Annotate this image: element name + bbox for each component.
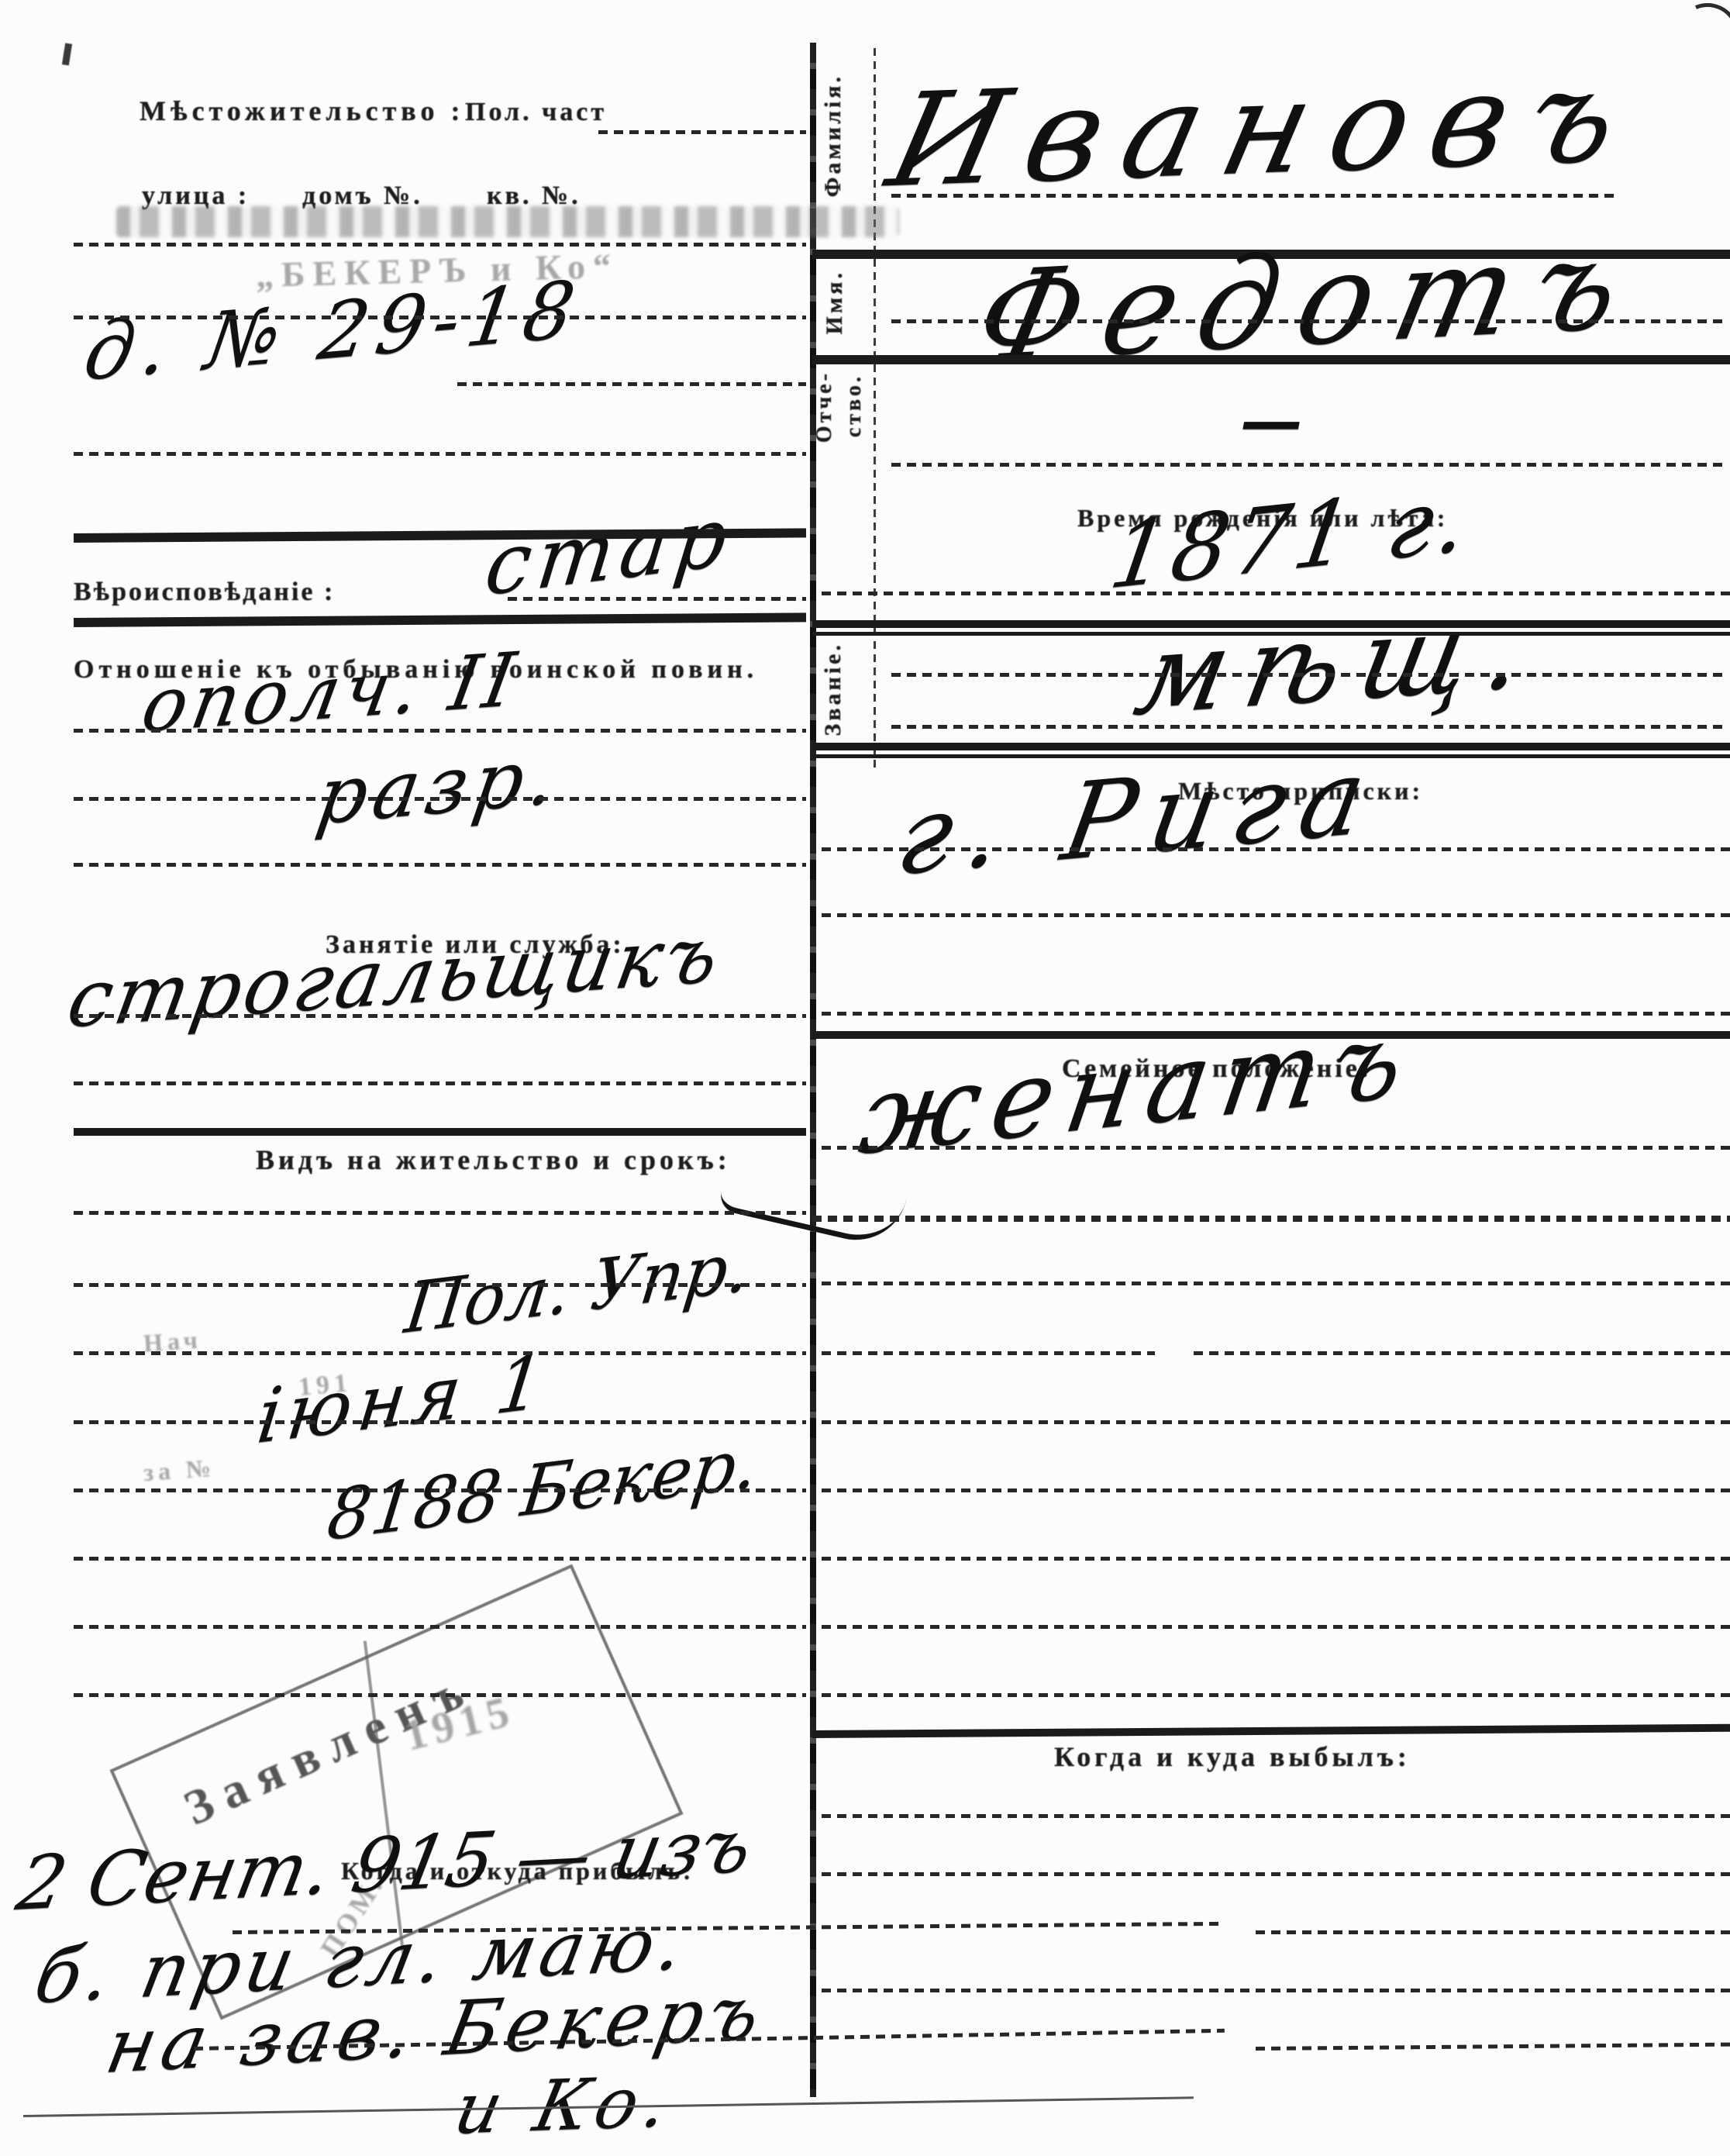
ruled-line	[891, 319, 1728, 323]
faint-stamp-fragment: 191	[297, 1368, 353, 1402]
thick-rule	[812, 355, 1730, 364]
faint-stamp-fragment: за №	[143, 1454, 216, 1487]
ruled-line	[74, 1625, 806, 1629]
ruled-line	[812, 1216, 1730, 1222]
ruled-line	[74, 316, 806, 319]
ruled-line	[74, 863, 806, 867]
ruled-line	[822, 1989, 1730, 1992]
occupation-handwriting: строгальщикъ	[61, 908, 729, 1045]
scan-edge-mark	[62, 43, 72, 65]
patronymic-label: ство.	[842, 374, 867, 437]
ruled-line	[891, 725, 1728, 729]
ruled-line	[74, 1489, 806, 1492]
ruled-line	[457, 382, 806, 386]
ruled-line	[822, 913, 1730, 917]
patronymic-label: Отче-	[812, 371, 837, 443]
military-duty-handwriting-line2: разр.	[311, 730, 568, 843]
column-divider-line	[810, 43, 816, 2097]
ruled-line	[822, 1557, 1730, 1561]
ruled-line	[74, 1693, 806, 1697]
scan-corner-mark	[1666, 0, 1730, 76]
ruled-line	[822, 1872, 1730, 1876]
thick-rule	[74, 1128, 806, 1136]
permit-handwriting-line1: Пол. Упр.	[401, 1226, 754, 1350]
ruled-line	[74, 1283, 806, 1287]
rank-label: Званіе.	[820, 642, 846, 736]
thick-rule	[812, 1724, 1730, 1738]
ruled-line	[891, 194, 1620, 198]
ruled-line	[74, 1557, 806, 1561]
label-divider-line	[874, 48, 876, 768]
ruled-line	[822, 1693, 1730, 1697]
ruled-line	[822, 847, 1730, 851]
birth-time-handwriting: 1871 г.	[1103, 466, 1479, 610]
first-name-label: Имя.	[822, 270, 848, 335]
ruled-line	[822, 592, 1730, 595]
family-status-handwriting: женатъ	[853, 996, 1425, 1178]
surname-label: Фамилія.	[820, 74, 846, 197]
police-part-label: Пол. част	[465, 98, 607, 127]
registration-card-scan: Мѣстожительство : Пол. част улица : домъ…	[0, 0, 1730, 2156]
ruled-line	[598, 130, 806, 134]
ruled-line	[74, 243, 806, 247]
ruled-line	[74, 1081, 806, 1085]
ruled-line	[74, 1351, 806, 1355]
ruled-line	[74, 797, 806, 801]
ruled-line	[508, 597, 806, 601]
faint-stamp-smudge	[116, 206, 899, 237]
ruled-line	[822, 1814, 1730, 1818]
thick-rule	[74, 612, 806, 627]
ruled-line	[74, 452, 806, 456]
residence-permit-label: Видъ на жительство и срокъ:	[256, 1144, 731, 1176]
ruled-line	[891, 673, 1728, 677]
ruled-line	[891, 463, 1728, 467]
rank-handwriting: мѣщ.	[1126, 585, 1553, 741]
patronymic-handwriting: —	[1240, 384, 1302, 457]
ruled-line	[1194, 1351, 1730, 1355]
ruled-line	[74, 1014, 806, 1018]
ruled-line	[74, 729, 806, 733]
ruled-line	[74, 1420, 806, 1424]
ruled-line	[822, 1351, 1155, 1355]
surname-handwriting: Ивановъ	[876, 40, 1656, 216]
religion-label: Вѣроисповѣданіе :	[74, 578, 335, 607]
religion-handwriting: стар	[481, 488, 739, 615]
ruled-line	[1256, 2043, 1730, 2051]
ruled-line	[822, 1146, 1730, 1150]
ruled-line	[822, 1282, 1730, 1285]
permit-handwriting-line2: іюня 1	[253, 1338, 554, 1461]
ruled-line	[1256, 1930, 1730, 1934]
ruled-line	[74, 1211, 806, 1215]
ruled-line	[822, 1489, 1730, 1492]
residence-label: Мѣстожительство :	[140, 95, 464, 127]
departed-label: Когда и куда выбылъ:	[1054, 1740, 1411, 1773]
ruled-line	[822, 1420, 1730, 1424]
ruled-line	[822, 1625, 1730, 1629]
ascription-place-handwriting: г. Рига	[889, 733, 1390, 899]
